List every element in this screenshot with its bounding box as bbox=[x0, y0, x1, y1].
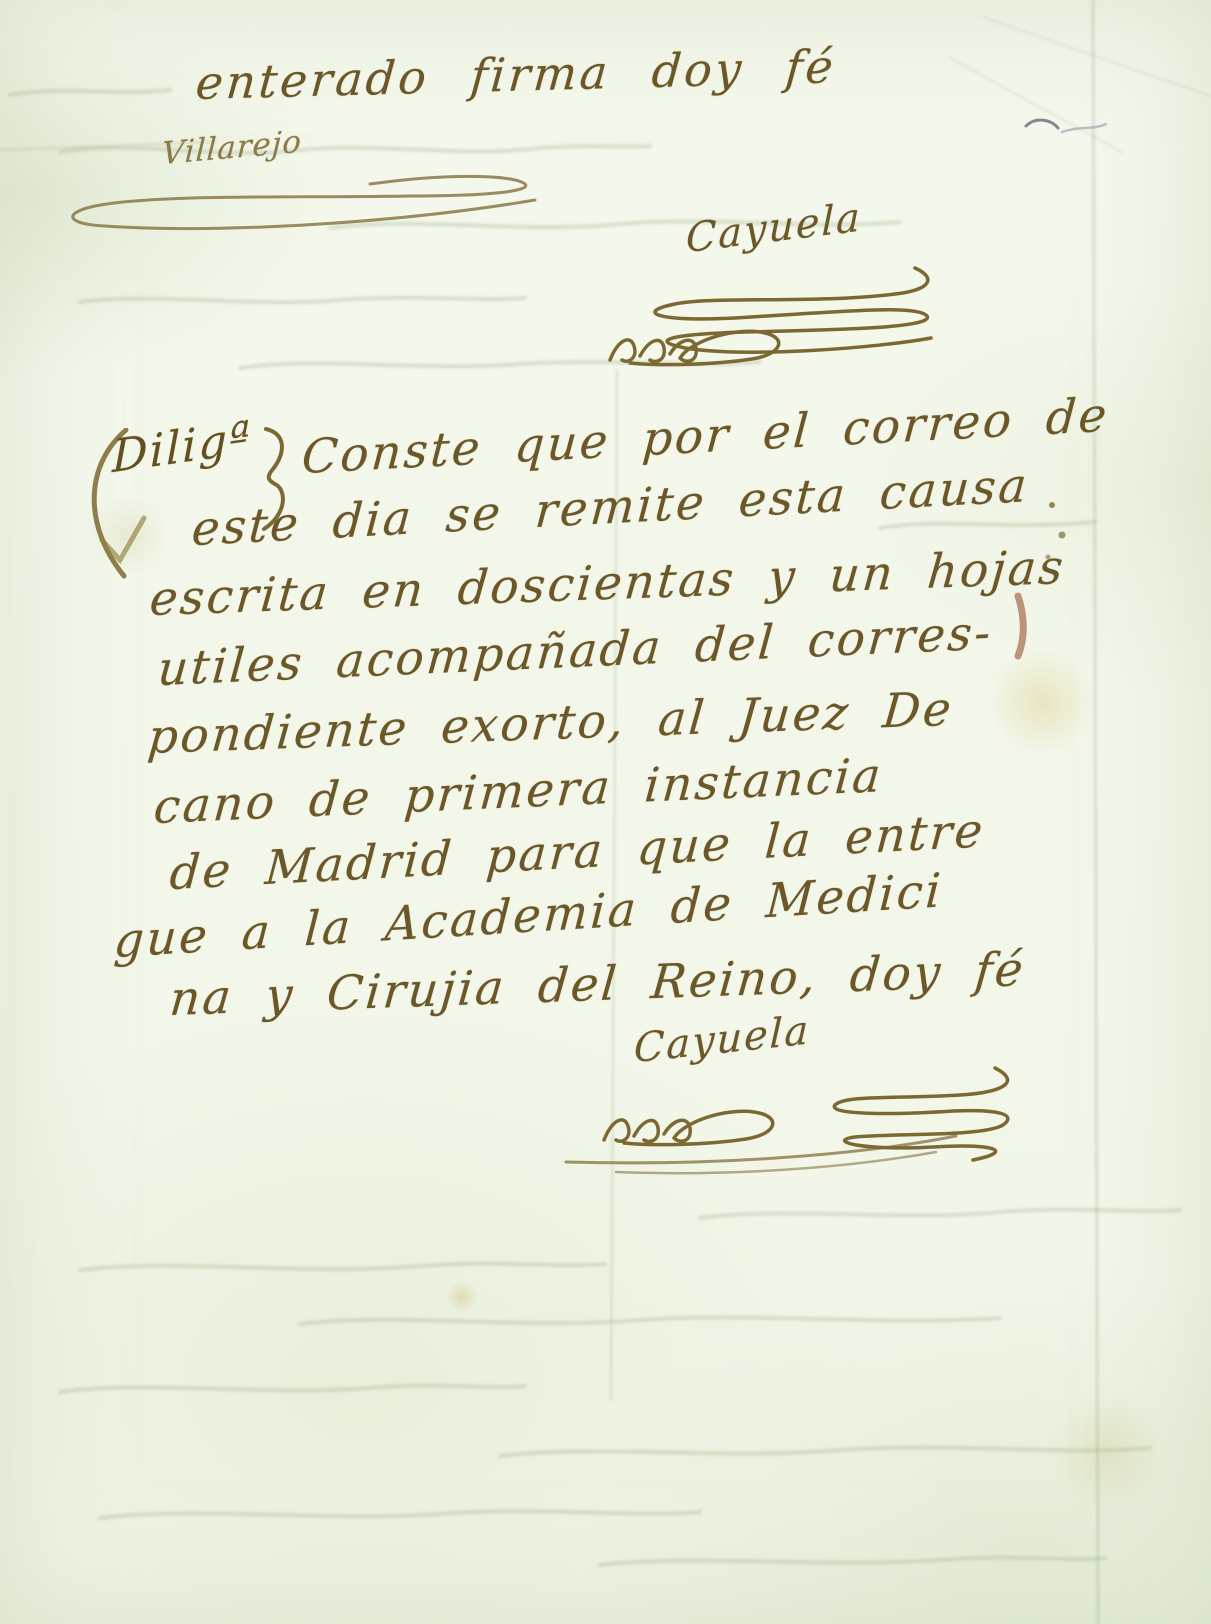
closing-underline-flourish bbox=[546, 1128, 976, 1178]
pencil-mark-top-right bbox=[1022, 112, 1112, 142]
olive-check-mark bbox=[98, 512, 158, 568]
villarejo-rubric-flourish bbox=[60, 168, 570, 248]
secretary-scribble-bottom bbox=[596, 1090, 796, 1156]
red-ink-smudge bbox=[1004, 592, 1034, 662]
signature-villarejo: Villarejo bbox=[161, 124, 303, 173]
manuscript-page: enterado firma doy fé Villarejo Cayuela … bbox=[0, 0, 1211, 1624]
secretary-scribble-top bbox=[602, 312, 802, 374]
cayuela-rubric-flourish-bottom bbox=[775, 1058, 1025, 1168]
signature-cayuela-bottom: Cayuela bbox=[633, 1007, 811, 1072]
attestation-line: enterado firma doy fé bbox=[194, 39, 838, 110]
margin-label-diligencia: Diligª bbox=[112, 410, 252, 483]
cayuela-rubric-flourish-top bbox=[595, 260, 945, 368]
signature-cayuela-top: Cayuela bbox=[686, 194, 863, 262]
